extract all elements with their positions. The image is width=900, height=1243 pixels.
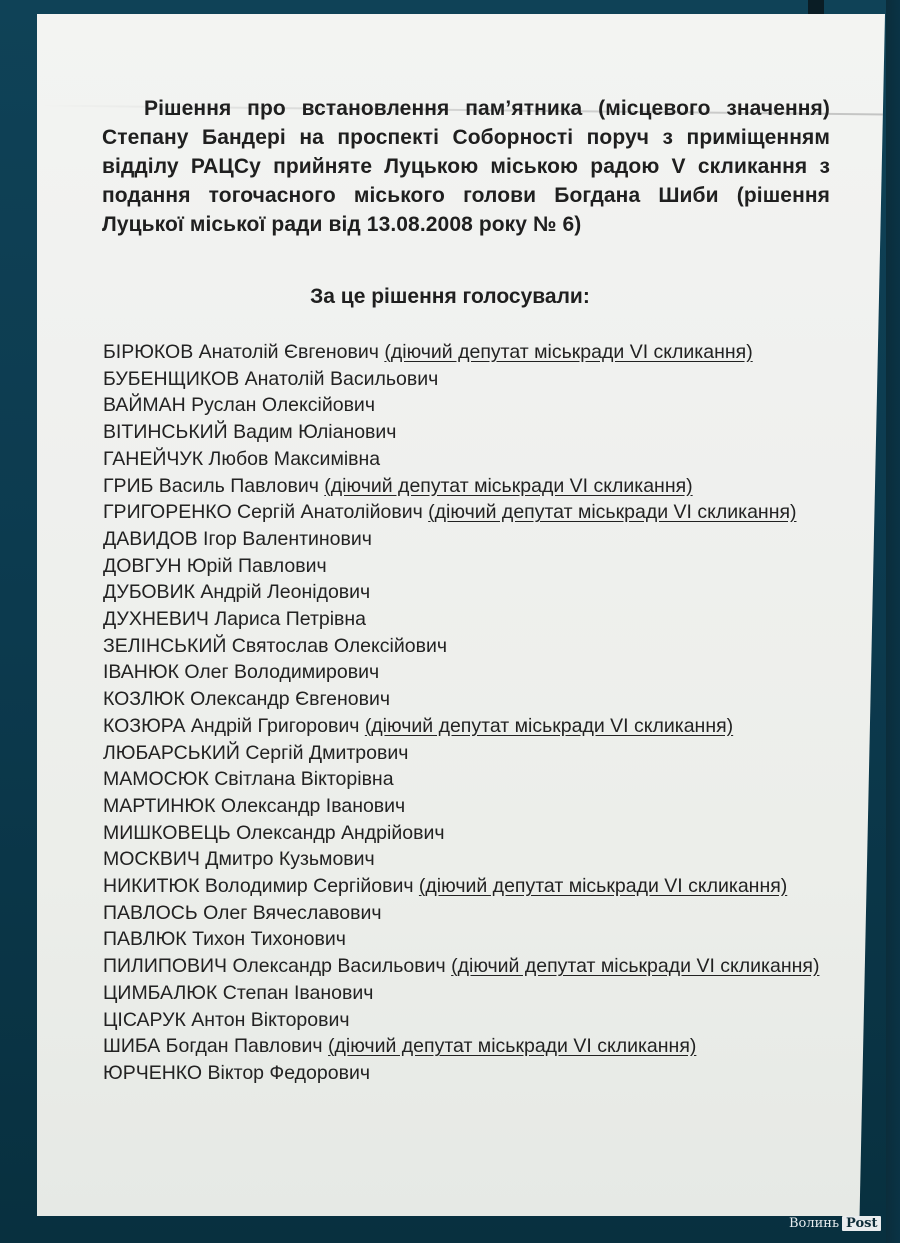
voter-item: ЛЮБАРСЬКИЙ Сергій Дмитрович — [103, 740, 819, 767]
voter-item: БІРЮКОВ Анатолій Євгенович (діючий депут… — [103, 339, 819, 366]
voter-item: МОСКВИЧ Дмитро Кузьмович — [103, 846, 819, 873]
voter-name: НИКИТЮК Володимир Сергійович — [103, 875, 414, 897]
voter-item: ДУБОВИК Андрій Леонідович — [103, 579, 819, 606]
voter-item: КОЗЮРА Андрій Григорович (діючий депутат… — [103, 713, 819, 740]
voter-item: ДУХНЕВИЧ Лариса Петрівна — [103, 606, 819, 633]
document-heading: Рішення про встановлення пам’ятника (міс… — [102, 94, 830, 239]
voter-item: ВАЙМАН Руслан Олексійович — [103, 392, 819, 419]
background-edge — [886, 0, 900, 1243]
voter-name: МИШКОВЕЦЬ Олександр Андрійович — [103, 822, 445, 844]
document-subheading: За це рішення голосували: — [0, 285, 900, 309]
voter-item: ГАНЕЙЧУК Любов Максимівна — [103, 446, 819, 473]
watermark-badge: Post — [842, 1216, 881, 1231]
voter-name: ГАНЕЙЧУК Любов Максимівна — [103, 448, 380, 470]
voter-item: МАРТИНЮК Олександр Іванович — [103, 793, 819, 820]
voter-name: ВАЙМАН Руслан Олексійович — [103, 394, 375, 416]
voter-name: ЮРЧЕНКО Віктор Федорович — [103, 1062, 370, 1084]
voter-note: (діючий депутат міськради VI скликання) — [324, 475, 692, 497]
voter-name: ЗЕЛІНСЬКИЙ Святослав Олексійович — [103, 635, 447, 657]
voter-name: МОСКВИЧ Дмитро Кузьмович — [103, 848, 375, 870]
voter-name: КОЗЛЮК Олександр Євгенович — [103, 688, 390, 710]
voter-item: ПИЛИПОВИЧ Олександр Васильович (діючий д… — [103, 953, 819, 980]
voter-name: ГРИБ Василь Павлович — [103, 475, 319, 497]
voter-item: ШИБА Богдан Павлович (діючий депутат міс… — [103, 1033, 819, 1060]
voter-item: МАМОСЮК Світлана Вікторівна — [103, 766, 819, 793]
voter-name: МАРТИНЮК Олександр Іванович — [103, 795, 405, 817]
voter-item: ЦИМБАЛЮК Степан Іванович — [103, 980, 819, 1007]
voter-name: ДОВГУН Юрій Павлович — [103, 555, 327, 577]
voter-name: ДАВИДОВ Ігор Валентинович — [103, 528, 372, 550]
watermark: Волинь Post — [789, 1216, 881, 1231]
voter-name: ПИЛИПОВИЧ Олександр Васильович — [103, 955, 446, 977]
voter-name: ДУХНЕВИЧ Лариса Петрівна — [103, 608, 366, 630]
voter-name: БІРЮКОВ Анатолій Євгенович — [103, 341, 379, 363]
voter-name: ШИБА Богдан Павлович — [103, 1035, 323, 1057]
voter-item: ДАВИДОВ Ігор Валентинович — [103, 526, 819, 553]
voter-note: (діючий депутат міськради VI скликання) — [419, 875, 787, 897]
voter-item: ЗЕЛІНСЬКИЙ Святослав Олексійович — [103, 633, 819, 660]
voter-item: МИШКОВЕЦЬ Олександр Андрійович — [103, 820, 819, 847]
voter-name: МАМОСЮК Світлана Вікторівна — [103, 768, 394, 790]
voter-item: ГРИБ Василь Павлович (діючий депутат міс… — [103, 473, 819, 500]
watermark-brand: Волинь — [789, 1216, 839, 1231]
voter-note: (діючий депутат міськради VI скликання) — [384, 341, 752, 363]
voter-item: ЦІСАРУК Антон Вікторович — [103, 1007, 819, 1034]
voter-item: ЮРЧЕНКО Віктор Федорович — [103, 1060, 819, 1087]
voter-item: ІВАНЮК Олег Володимирович — [103, 659, 819, 686]
voters-list: БІРЮКОВ Анатолій Євгенович (діючий депут… — [103, 339, 819, 1087]
voter-name: ІВАНЮК Олег Володимирович — [103, 661, 379, 683]
voter-name: ГРИГОРЕНКО Сергій Анатолійович — [103, 501, 423, 523]
voter-name: ЦІСАРУК Антон Вікторович — [103, 1009, 350, 1031]
voter-name: ЦИМБАЛЮК Степан Іванович — [103, 982, 373, 1004]
voter-item: НИКИТЮК Володимир Сергійович (діючий деп… — [103, 873, 819, 900]
voter-item: БУБЕНЩИКОВ Анатолій Васильович — [103, 366, 819, 393]
voter-name: ЛЮБАРСЬКИЙ Сергій Дмитрович — [103, 742, 408, 764]
voter-name: КОЗЮРА Андрій Григорович — [103, 715, 359, 737]
voter-name: БУБЕНЩИКОВ Анатолій Васильович — [103, 368, 438, 390]
voter-item: ПАВЛЮК Тихон Тихонович — [103, 926, 819, 953]
voter-note: (діючий депутат міськради VI скликання) — [365, 715, 733, 737]
voter-item: ВІТИНСЬКИЙ Вадим Юліанович — [103, 419, 819, 446]
voter-item: ПАВЛОСЬ Олег Вячеславович — [103, 900, 819, 927]
voter-item: КОЗЛЮК Олександр Євгенович — [103, 686, 819, 713]
voter-note: (діючий депутат міськради VI скликання) — [451, 955, 819, 977]
voter-name: ПАВЛЮК Тихон Тихонович — [103, 928, 346, 950]
voter-note: (діючий депутат міськради VI скликання) — [428, 501, 796, 523]
voter-item: ГРИГОРЕНКО Сергій Анатолійович (діючий д… — [103, 499, 819, 526]
voter-note: (діючий депутат міськради VI скликання) — [328, 1035, 696, 1057]
voter-name: ДУБОВИК Андрій Леонідович — [103, 581, 370, 603]
voter-name: ВІТИНСЬКИЙ Вадим Юліанович — [103, 421, 396, 443]
voter-name: ПАВЛОСЬ Олег Вячеславович — [103, 902, 382, 924]
voter-item: ДОВГУН Юрій Павлович — [103, 553, 819, 580]
